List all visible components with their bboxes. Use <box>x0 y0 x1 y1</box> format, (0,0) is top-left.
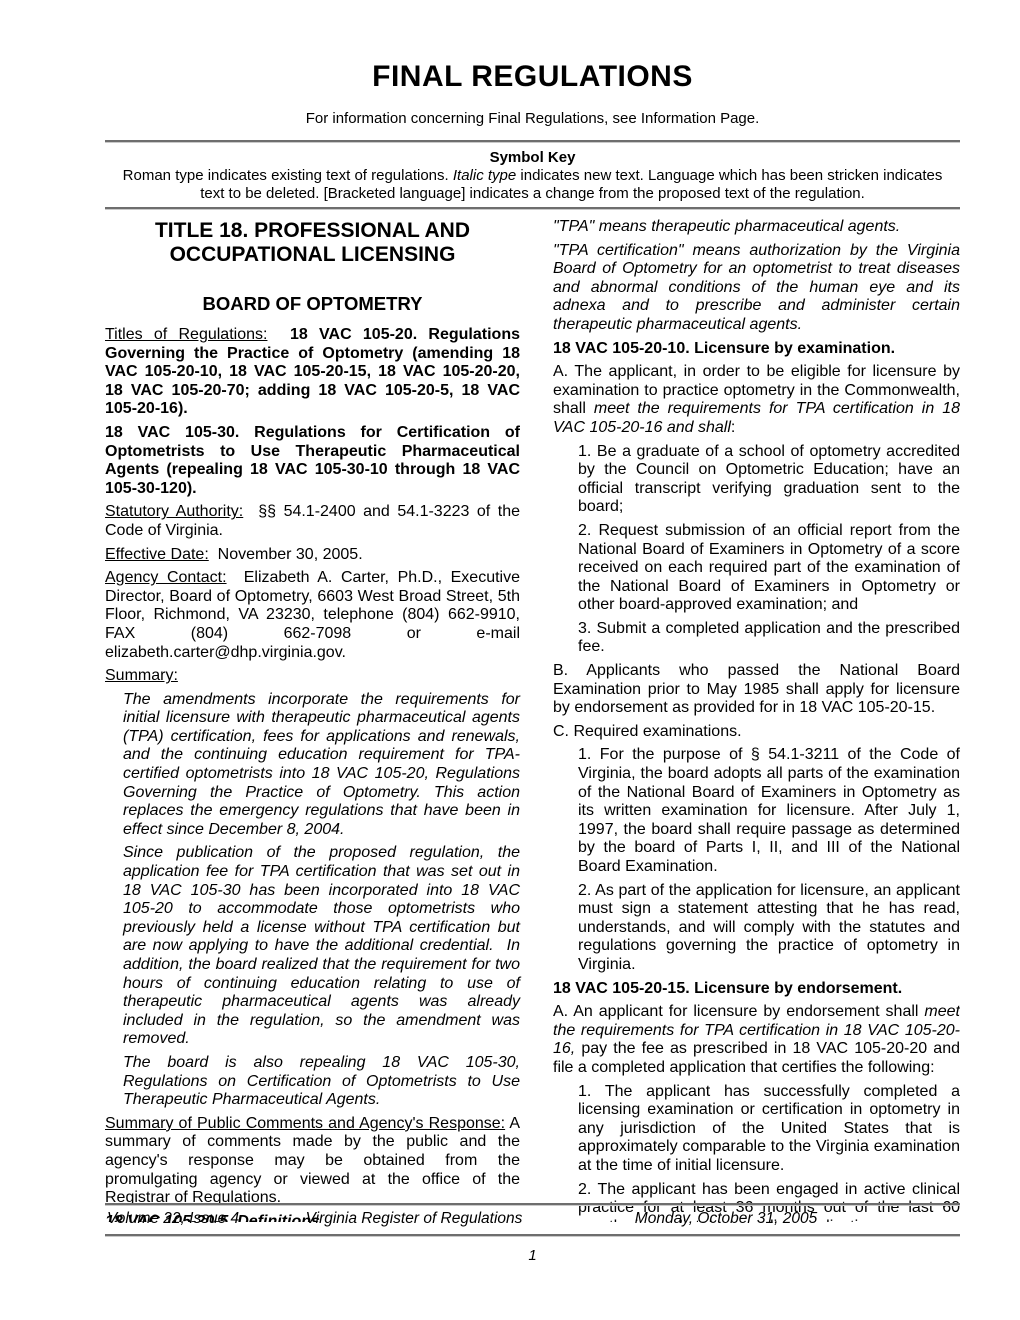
symbol-key-roman-part: Roman type indicates existing text of re… <box>123 167 453 184</box>
required-examinations-item-1: 1. For the purpose of § 54.1-3211 of the… <box>578 746 960 876</box>
document-page: FINAL REGULATIONS For information concer… <box>0 0 1020 1320</box>
summary-paragraph: The amendments incorporate the requireme… <box>123 691 520 840</box>
effective-date-label: Effective Date: <box>105 546 209 563</box>
horizontal-rule <box>105 140 960 143</box>
title-18-heading-line2: OCCUPATIONAL LICENSING <box>105 243 520 267</box>
effective-date-paragraph: Effective Date: November 30, 2005. <box>105 546 520 565</box>
left-column: TITLE 18. PROFESSIONAL AND OCCUPATIONAL … <box>105 218 520 1222</box>
agency-contact-paragraph: Agency Contact: Elizabeth A. Carter, Ph.… <box>105 569 520 662</box>
summary-paragraph: The board is also repealing 18 VAC 105-3… <box>123 1054 520 1110</box>
titles-of-regulations-paragraph: Titles of Regulations: 18 VAC 105-20. Re… <box>105 326 520 419</box>
titles-of-regulations-label: Titles of Regulations: <box>105 326 267 343</box>
symbol-key-text: Roman type indicates existing text of re… <box>105 167 960 202</box>
title-18-heading: TITLE 18. PROFESSIONAL AND OCCUPATIONAL … <box>105 219 520 267</box>
endorsement-paragraph-a: A. An applicant for licensure by endorse… <box>553 1003 960 1077</box>
footer-row: Volume 22, Issue 4 Virginia Register of … <box>105 1206 960 1234</box>
endorsement-a-roman: A. An applicant for licensure by endorse… <box>553 1003 924 1020</box>
effective-date-body: November 30, 2005. <box>209 546 363 563</box>
examination-item-3: 3. Submit a completed application and th… <box>578 620 960 657</box>
board-of-optometry-heading: BOARD OF OPTOMETRY <box>105 293 520 314</box>
symbol-key-section: Symbol Key Roman type indicates existing… <box>105 149 960 202</box>
two-column-body: TITLE 18. PROFESSIONAL AND OCCUPATIONAL … <box>105 218 960 1222</box>
examination-item-1: 1. Be a graduate of a school of optometr… <box>578 443 960 517</box>
footer-date: Monday, October 31, 2005 <box>635 1210 817 1228</box>
endorsement-item-1: 1. The applicant has successfully comple… <box>578 1083 960 1176</box>
page-subtitle: For information concerning Final Regulat… <box>105 110 960 127</box>
summary-label-paragraph: Summary: <box>105 667 520 686</box>
statutory-authority-paragraph: Statutory Authority: §§ 54.1-2400 and 54… <box>105 503 520 540</box>
symbol-key-heading: Symbol Key <box>105 149 960 166</box>
required-examinations-item-2: 2. As part of the application for licens… <box>578 882 960 975</box>
summary-block: The amendments incorporate the requireme… <box>123 691 520 1110</box>
horizontal-rule <box>105 1234 960 1237</box>
examination-a-colon: : <box>731 419 735 436</box>
definition-tpa-certification-paragraph: "TPA certification" means authorization … <box>553 242 960 335</box>
public-comments-label: Summary of Public Comments and Agency's … <box>105 1115 505 1132</box>
summary-paragraph: Since publication of the proposed regula… <box>123 844 520 1049</box>
licensure-by-endorsement-heading: 18 VAC 105-20-15. Licensure by endorseme… <box>553 980 960 999</box>
examination-item-2: 2. Request submission of an official rep… <box>578 522 960 615</box>
page-footer: Volume 22, Issue 4 Virginia Register of … <box>105 1203 960 1264</box>
agency-contact-label: Agency Contact: <box>105 569 227 586</box>
right-column: "TPA" means therapeutic pharmaceutical a… <box>553 218 960 1222</box>
footer-publication: Virginia Register of Regulations <box>306 1210 523 1228</box>
page-number: 1 <box>105 1247 960 1264</box>
page-content: FINAL REGULATIONS For information concer… <box>105 0 960 1222</box>
summary-label: Summary: <box>105 667 178 684</box>
public-comments-paragraph: Summary of Public Comments and Agency's … <box>105 1115 520 1208</box>
endorsement-a-rest: pay the fee as prescribed in 18 VAC 105-… <box>553 1040 960 1076</box>
horizontal-rule <box>105 207 960 210</box>
examination-paragraph-c: C. Required examinations. <box>553 723 960 742</box>
examination-paragraph-a: A. The applicant, in order to be eligibl… <box>553 363 960 437</box>
licensure-by-examination-heading: 18 VAC 105-20-10. Licensure by examinati… <box>553 340 960 359</box>
statutory-authority-label: Statutory Authority: <box>105 503 243 520</box>
vac-105-30-paragraph: 18 VAC 105-30. Regulations for Certifica… <box>105 424 520 498</box>
definition-tpa-paragraph: "TPA" means therapeutic pharmaceutical a… <box>553 218 960 237</box>
page-title: FINAL REGULATIONS <box>105 60 960 94</box>
footer-volume: Volume 22, Issue 4 <box>107 1210 239 1228</box>
examination-paragraph-b: B. Applicants who passed the National Bo… <box>553 662 960 718</box>
examination-a-italic: meet the requirements for TPA certificat… <box>553 400 960 436</box>
symbol-key-italic-part: Italic type <box>453 167 516 184</box>
title-18-heading-line1: TITLE 18. PROFESSIONAL AND <box>105 219 520 243</box>
